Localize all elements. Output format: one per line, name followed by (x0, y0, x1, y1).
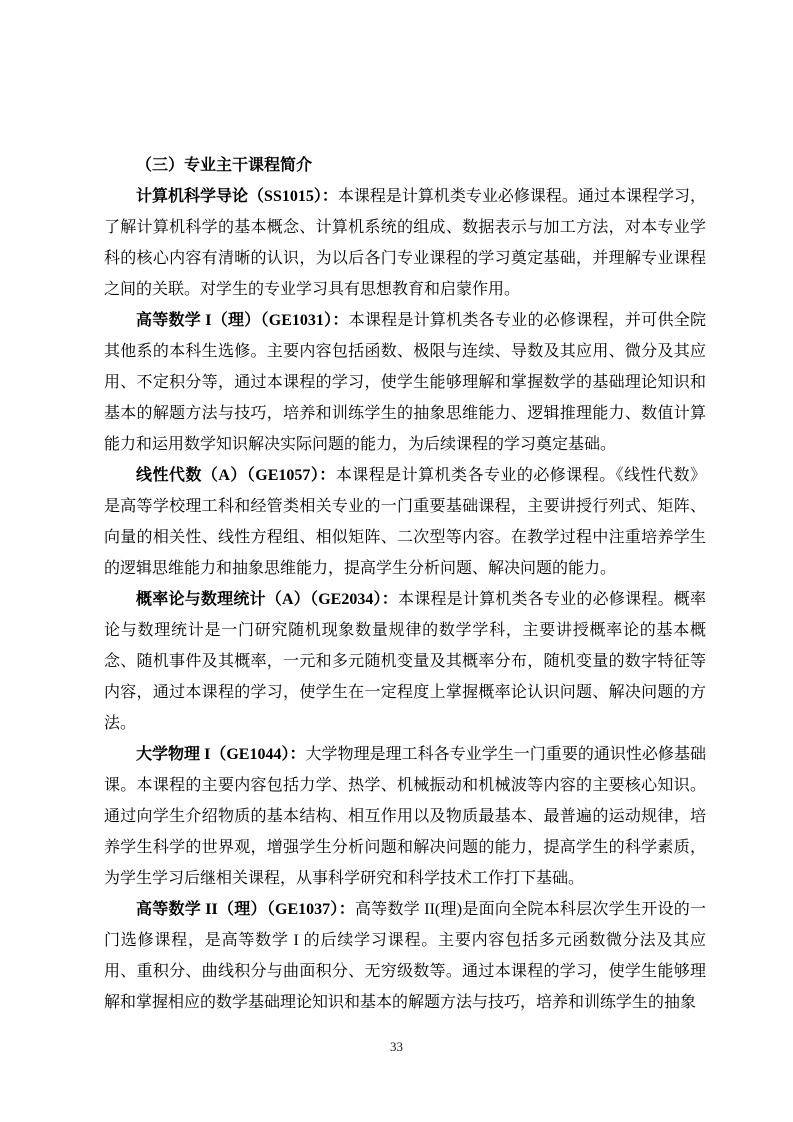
page-content: （三）专业主干课程简介 计算机科学导论（SS1015）：本课程是计算机类专业必修… (104, 150, 706, 1018)
page-number: 33 (0, 1037, 793, 1057)
course-paragraph: 计算机科学导论（SS1015）：本课程是计算机类专业必修课程。通过本课程学习，了… (104, 181, 706, 305)
course-title: 概率论与数理统计（A）（GE2034）： (136, 591, 398, 608)
course-title: 高等数学 I（理）（GE1031）： (136, 312, 349, 329)
course-description: 大学物理是理工科各专业学生一门重要的通识性必修基础课。本课程的主要内容包括力学、… (104, 746, 706, 887)
course-title: 高等数学 II（理）（GE1037）： (136, 901, 355, 918)
course-title: 线性代数（A）（GE1057）： (136, 467, 336, 484)
course-paragraph: 大学物理 I（GE1044）：大学物理是理工科各专业学生一门重要的通识性必修基础… (104, 739, 706, 894)
course-description: 本课程是计算机类各专业的必修课程，并可供全院其他系的本科生选修。主要内容包括函数… (104, 312, 706, 453)
course-title: 大学物理 I（GE1044）： (136, 746, 306, 763)
course-description: 本课程是计算机类各专业的必修课程。概率论与数理统计是一门研究随机现象数量规律的数… (104, 591, 706, 732)
document-page: （三）专业主干课程简介 计算机科学导论（SS1015）：本课程是计算机类专业必修… (0, 0, 793, 1122)
section-heading: （三）专业主干课程简介 (104, 150, 706, 181)
course-paragraph: 线性代数（A）（GE1057）：本课程是计算机类各专业的必修课程。《线性代数》是… (104, 460, 706, 584)
course-paragraph: 概率论与数理统计（A）（GE2034）：本课程是计算机类各专业的必修课程。概率论… (104, 584, 706, 739)
course-title: 计算机科学导论（SS1015）： (136, 188, 338, 205)
course-paragraph: 高等数学 II（理）（GE1037）：高等数学 II(理)是面向全院本科层次学生… (104, 894, 706, 1018)
course-paragraph: 高等数学 I（理）（GE1031）：本课程是计算机类各专业的必修课程，并可供全院… (104, 305, 706, 460)
